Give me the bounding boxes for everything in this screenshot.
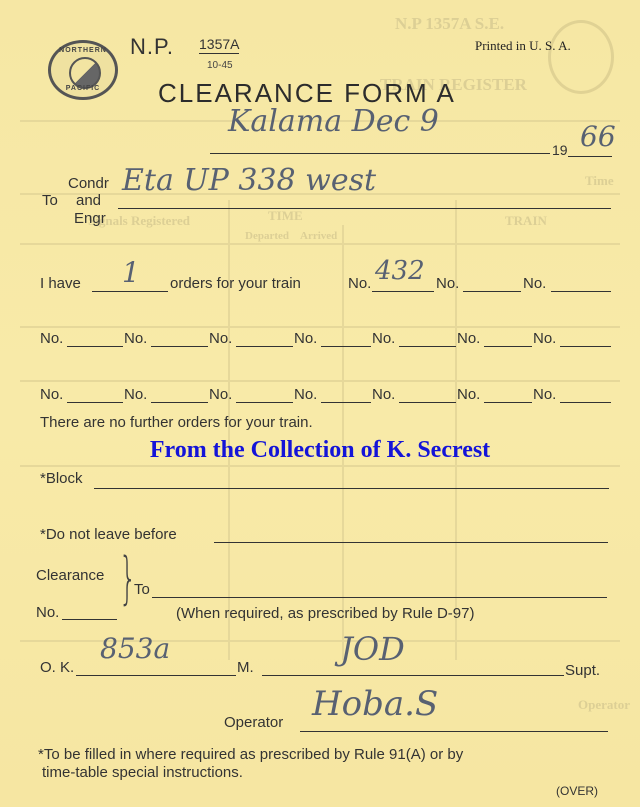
- reverse-bleed-line: [20, 326, 620, 328]
- train-no-field[interactable]: 432: [375, 256, 425, 286]
- reverse-bleed-departed: Departed: [245, 230, 289, 242]
- train-no-underline: [372, 291, 434, 292]
- reverse-bleed-line: [455, 200, 457, 660]
- reverse-bleed-line: [20, 465, 620, 467]
- ok-time-field[interactable]: 853a: [100, 632, 170, 665]
- year-underline: [568, 156, 612, 157]
- no-underline[interactable]: [399, 402, 456, 403]
- seal-top-text: NORTHERN: [51, 47, 115, 54]
- operator-field[interactable]: Hoba.S: [312, 684, 438, 724]
- footnote-line-2: time-table special instructions.: [42, 764, 243, 781]
- clearance-to-label: To: [134, 581, 150, 598]
- ok-time-underline: [76, 675, 236, 676]
- year-prefix: 19: [552, 142, 568, 158]
- no-underline[interactable]: [399, 346, 456, 347]
- to-label: To: [42, 192, 58, 209]
- no-label: No.: [124, 386, 147, 403]
- no-underline[interactable]: [236, 402, 293, 403]
- addressee-field[interactable]: Eta UP 338 west: [122, 163, 376, 198]
- no-label: No.: [124, 330, 147, 347]
- no-label: No.: [372, 386, 395, 403]
- no-underline[interactable]: [484, 346, 532, 347]
- no-label: No.: [40, 330, 63, 347]
- no-label: No.: [457, 330, 480, 347]
- no-underline[interactable]: [151, 346, 208, 347]
- year-field[interactable]: 66: [580, 120, 616, 153]
- no-label: No.: [457, 386, 480, 403]
- reverse-bleed-line: [20, 380, 620, 382]
- no-underline[interactable]: [551, 291, 611, 292]
- do-not-leave-field[interactable]: [214, 542, 608, 543]
- no-label: No.: [294, 330, 317, 347]
- no-label: No.: [209, 386, 232, 403]
- ok-label: O. K.: [40, 659, 74, 676]
- collection-watermark: From the Collection of K. Secrest: [0, 437, 640, 464]
- order-count-field[interactable]: 1: [122, 256, 140, 289]
- i-have-label: I have: [40, 275, 81, 292]
- printed-in-usa: Printed in U. S. A.: [475, 38, 571, 54]
- reverse-bleed-time: Time: [585, 173, 614, 189]
- reverse-bleed-train-col: TRAIN: [505, 213, 547, 229]
- clearance-form-paper: N.P 1357A S.E. TRAIN REGISTER Time TRAIN…: [0, 0, 640, 807]
- block-label: *Block: [40, 470, 83, 487]
- no-label: No.: [372, 330, 395, 347]
- supt-initials-field[interactable]: JOD: [340, 630, 405, 668]
- clearance-label: Clearance: [36, 567, 104, 584]
- clearance-no-label: No.: [36, 604, 59, 621]
- no-underline[interactable]: [484, 402, 532, 403]
- place-date-field[interactable]: Kalama Dec 9: [228, 104, 439, 139]
- no-label: No.: [40, 386, 63, 403]
- footnote-line-1: *To be filled in where required as presc…: [38, 746, 463, 763]
- do-not-leave-label: *Do not leave before: [40, 526, 177, 543]
- form-revision: 10-45: [207, 60, 233, 71]
- no-label: No.: [523, 275, 546, 292]
- operator-underline: [300, 731, 608, 732]
- northern-pacific-seal-icon: NORTHERN PACIFIC: [48, 40, 118, 100]
- condr-label: Condr: [68, 175, 109, 192]
- reverse-bleed-np: N.P 1357A S.E.: [395, 14, 504, 34]
- clearance-to-field[interactable]: [152, 597, 607, 598]
- supt-underline: [262, 675, 564, 676]
- no-underline[interactable]: [321, 402, 371, 403]
- brace-icon: }: [119, 546, 137, 611]
- form-number: 1357A: [199, 36, 239, 54]
- seal-bottom-text: PACIFIC: [51, 85, 115, 92]
- no-label: No.: [209, 330, 232, 347]
- clearance-note: (When required, as prescribed by Rule D-…: [176, 605, 474, 622]
- no-label: No.: [294, 386, 317, 403]
- operator-label: Operator: [224, 714, 283, 731]
- no-underline[interactable]: [560, 346, 611, 347]
- reverse-bleed-time-col: TIME: [268, 208, 303, 224]
- no-label: No.: [436, 275, 459, 292]
- reverse-bleed-line: [20, 243, 620, 245]
- no-further-orders-text: There are no further orders for your tra…: [40, 414, 313, 431]
- over-label: (OVER): [556, 784, 598, 798]
- addressee-underline: [118, 208, 611, 209]
- place-date-underline: [210, 153, 550, 154]
- m-label: M.: [237, 659, 254, 676]
- no-underline[interactable]: [67, 346, 123, 347]
- no-underline[interactable]: [151, 402, 208, 403]
- no-label: No.: [533, 330, 556, 347]
- no-underline[interactable]: [560, 402, 611, 403]
- block-field[interactable]: [94, 488, 609, 489]
- no-underline[interactable]: [463, 291, 521, 292]
- reverse-bleed-operator: Operator: [578, 697, 630, 713]
- reverse-bleed-arrived: Arrived: [300, 230, 337, 242]
- no-underline[interactable]: [236, 346, 293, 347]
- no-label: No.: [533, 386, 556, 403]
- order-count-underline: [92, 291, 168, 292]
- clearance-no-field[interactable]: [62, 619, 117, 620]
- engr-label: Engr: [74, 210, 106, 227]
- supt-label: Supt.: [565, 662, 600, 679]
- reverse-bleed-seal-icon: [548, 20, 614, 94]
- no-label: No.: [348, 275, 371, 292]
- no-underline[interactable]: [321, 346, 371, 347]
- railroad-prefix: N.P.: [130, 34, 174, 60]
- and-label: and: [76, 192, 101, 209]
- no-underline[interactable]: [67, 402, 123, 403]
- orders-for-label: orders for your train: [170, 275, 301, 292]
